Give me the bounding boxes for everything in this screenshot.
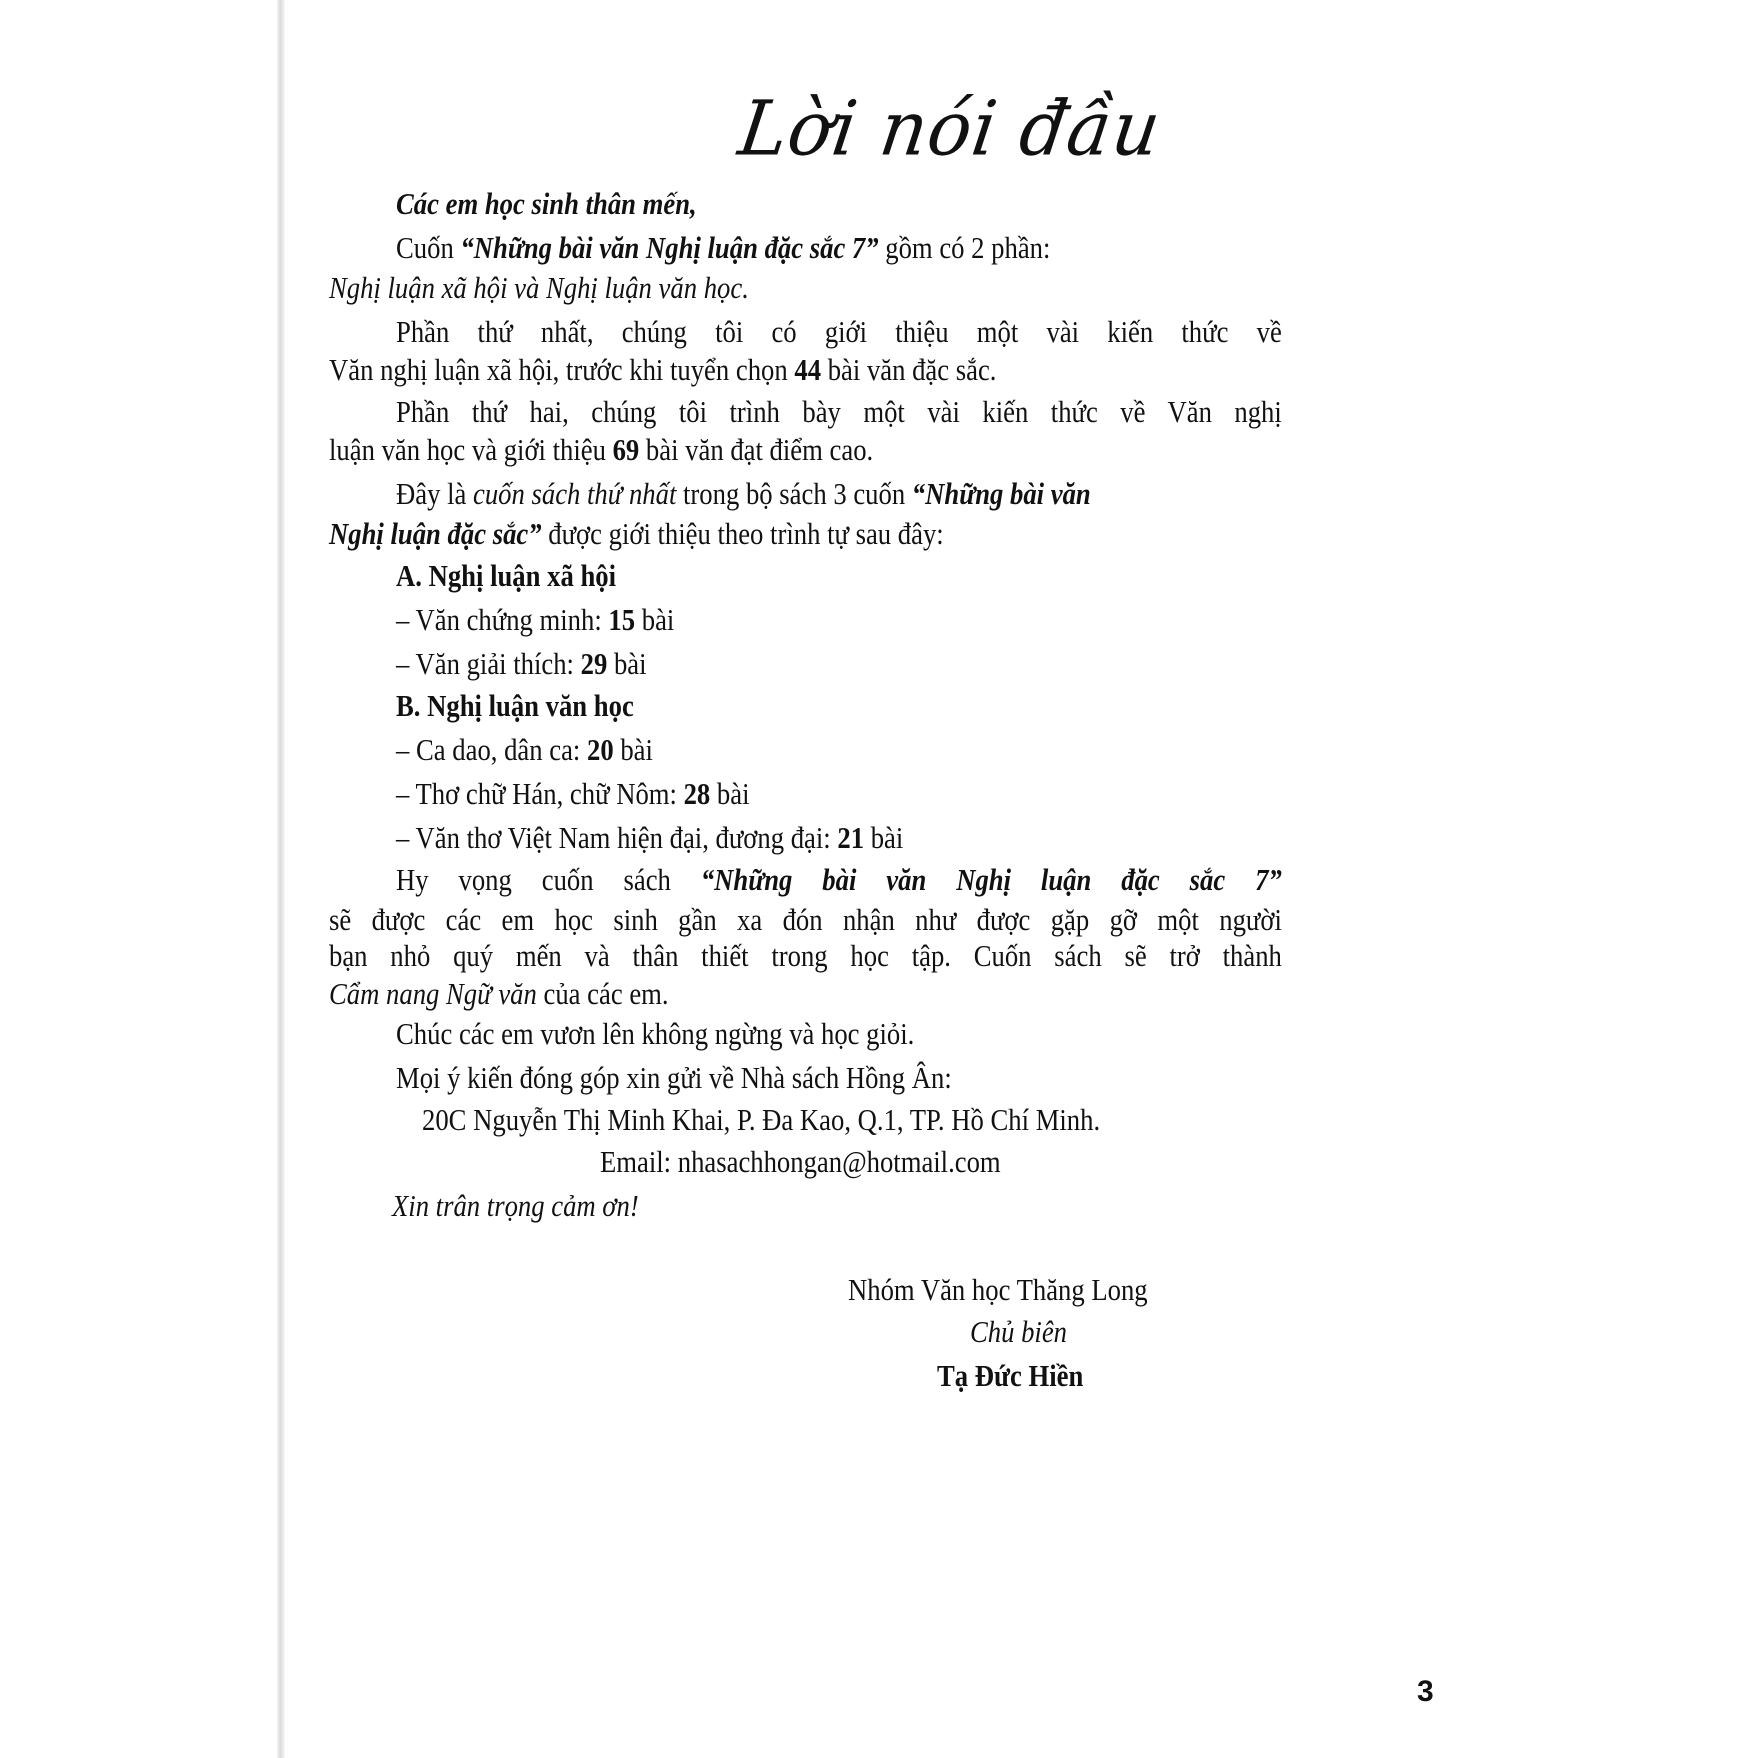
paragraph-5-line-3: bạn nhỏ quý mến và thân thiết trong học … [329,936,1282,976]
paragraph-1-line-2: Nghị luận xã hội và Nghị luận văn học. [329,268,749,308]
paragraph-2-line-1: Phần thứ nhất, chúng tôi có giới thiệu m… [396,312,1282,352]
section-a-heading: A. Nghị luận xã hội [396,556,616,596]
count-44: 44 [794,352,821,387]
signature-name: Tạ Đức Hiền [937,1356,1083,1396]
greeting: Các em học sinh thân mến, [396,184,697,224]
page-number: 3 [1417,1674,1434,1710]
list-item: – Văn chứng minh: 15 bài [396,600,674,640]
paragraph-4-line-2: Nghị luận đặc sắc” được giới thiệu theo … [329,514,944,554]
thanks-line: Xin trân trọng cảm ơn! [392,1186,639,1226]
paragraph-5-line-1: Hy vọng cuốn sách “Những bài văn Nghị lu… [396,860,1282,900]
count-69: 69 [613,432,640,467]
paragraph-3-line-2: luận văn học và giới thiệu 69 bài văn đạ… [329,430,873,470]
paragraph-2-line-2: Văn nghị luận xã hội, trước khi tuyển ch… [329,350,996,390]
section-b-heading: B. Nghị luận văn học [396,686,634,726]
page-edge-shadow [277,0,285,1758]
list-item: – Văn giải thích: 29 bài [396,644,647,684]
paragraph-5-line-2: sẽ được các em học sinh gần xa đón nhận … [329,900,1282,940]
contact-intro: Mọi ý kiến đóng góp xin gửi về Nhà sách … [396,1058,952,1098]
list-item: – Thơ chữ Hán, chữ Nôm: 28 bài [396,774,749,814]
book-page: Lời nói đầu Các em học sinh thân mến, Cu… [0,0,1758,1758]
book-title-reference: “Những bài văn Nghị luận đặc sắc 7” [460,230,878,265]
paragraph-1-line-1: Cuốn “Những bài văn Nghị luận đặc sắc 7”… [396,228,1282,268]
signature-role: Chủ biên [970,1312,1067,1352]
wish-line: Chúc các em vươn lên không ngừng và học … [396,1014,914,1054]
signature-group: Nhóm Văn học Thăng Long [848,1270,1148,1310]
paragraph-3-line-1: Phần thứ hai, chúng tôi trình bày một và… [396,392,1282,432]
list-item: – Văn thơ Việt Nam hiện đại, đương đại: … [396,818,903,858]
page-title: Lời nói đầu [733,78,1167,179]
address: 20C Nguyễn Thị Minh Khai, P. Đa Kao, Q.1… [422,1100,1100,1140]
paragraph-5-line-4: Cẩm nang Ngữ văn của các em. [329,974,669,1014]
list-item: – Ca dao, dân ca: 20 bài [396,730,653,770]
paragraph-4-line-1: Đây là cuốn sách thứ nhất trong bộ sách … [396,474,1091,514]
email-link[interactable]: Email: nhasachhongan@hotmail.com [600,1142,1001,1182]
